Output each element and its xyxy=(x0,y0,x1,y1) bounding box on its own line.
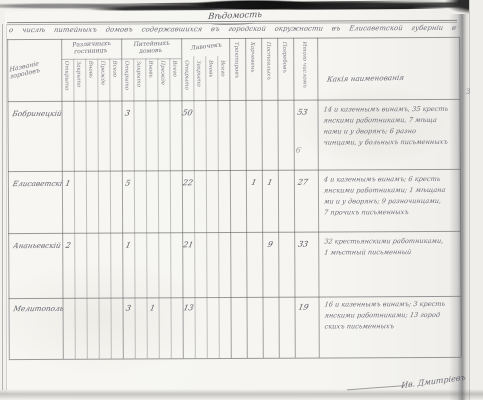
cell-value: 22 xyxy=(181,178,195,187)
grid-line-vertical xyxy=(217,56,220,358)
extra-column-header: Погребовъ xyxy=(281,42,287,98)
subcolumn-header: Вновь xyxy=(207,60,213,98)
row-note-line: скихъ письменныхъ xyxy=(324,322,459,331)
document-subtitle: о числѣ питейныхъ домовъ содержавшихся в… xyxy=(8,24,457,34)
paper-bottom-shadow xyxy=(0,389,483,400)
row-note-line: чинцами, у больныхъ письменныхъ xyxy=(323,138,458,147)
grid-line-vertical xyxy=(109,59,112,359)
row-note-line: 1 мѣстный письменный xyxy=(324,248,459,257)
row-note-line: нами и у дворянъ; 6 разно xyxy=(323,127,458,136)
row-name: Мелитопольскій xyxy=(13,304,65,313)
margin-page-mark: З xyxy=(466,88,470,96)
subcolumn-header: Всего xyxy=(111,61,117,99)
scanned-document-photo: Вѣдомость о числѣ питейныхъ домовъ содер… xyxy=(0,0,483,400)
grid-line-vertical xyxy=(7,39,10,359)
grid-line-vertical xyxy=(193,56,196,358)
next-page-sliver xyxy=(469,0,483,400)
grid-line-vertical xyxy=(293,38,296,358)
grid-line-vertical xyxy=(157,58,160,358)
cell-value: 50 xyxy=(181,108,195,117)
paper-sheet: Вѣдомость о числѣ питейныхъ домовъ содер… xyxy=(5,9,463,395)
row-name: Ананьевскій xyxy=(12,241,64,250)
subcolumn-header: Всего xyxy=(219,60,225,98)
grid-line-horizontal xyxy=(9,357,461,360)
subcolumn-header: Открыто xyxy=(123,61,129,99)
binding-edge xyxy=(2,24,7,390)
grid-line-vertical xyxy=(133,59,136,359)
grid-line-horizontal xyxy=(7,99,459,102)
cell-value: 21 xyxy=(181,240,195,249)
subcolumn-header: Всего xyxy=(171,60,177,98)
grid-line-vertical xyxy=(277,38,280,358)
cell-value: 5 xyxy=(121,179,135,188)
row-note-line: янскими работниками; 13 город xyxy=(324,311,459,320)
row-note-line: ми и у дворянъ; 9 разночинцами, xyxy=(323,197,458,206)
row-note-line: 7 прочихъ письменныхъ xyxy=(324,208,459,217)
row-total: 53 xyxy=(297,108,319,117)
row-note-line: 4 и казеннымъ винамъ; 6 кресть xyxy=(323,175,458,184)
cell-value: 1 xyxy=(261,178,279,187)
cell-value: 1 xyxy=(61,179,75,188)
row-note-line: 32 крестьянскими работниками, xyxy=(324,237,459,246)
cell-value: 13 xyxy=(182,303,196,312)
cell-value: 1 xyxy=(146,303,160,312)
notes-column-header: Какія наименованія xyxy=(326,72,456,84)
subcolumn-header: Закрыто xyxy=(135,60,141,98)
subcolumn-header: Открыто xyxy=(63,61,69,99)
grid-line-vertical xyxy=(73,59,76,359)
grid-line-vertical xyxy=(145,58,148,358)
grid-line-vertical xyxy=(245,38,248,358)
subcolumn-header: Закрыто xyxy=(195,60,201,98)
grid-line-horizontal xyxy=(8,231,460,234)
subcolumn-header: Прежде xyxy=(99,61,105,99)
grid-line-vertical xyxy=(169,58,172,358)
grid-line-horizontal xyxy=(9,296,461,299)
grid-line-vertical xyxy=(229,38,232,358)
group-header-shops: Лавочекъ xyxy=(183,41,230,53)
row-note-line: 14 и казеннымъ винамъ, 35 кресть xyxy=(323,105,458,114)
cell-value: 2 xyxy=(61,241,75,250)
cell-value: 9 xyxy=(261,240,279,249)
grid-line-vertical xyxy=(205,56,208,358)
subcolumn-header: Закрыто xyxy=(75,61,81,99)
grid-line-vertical xyxy=(85,59,88,359)
cell-value: 3 xyxy=(122,304,136,313)
group-header-shops-line1: Лавочекъ xyxy=(190,41,222,51)
subcolumn-header: Прежде xyxy=(159,60,165,98)
row-name: Елисаветскій xyxy=(12,179,64,188)
row-name: Бобринецкій xyxy=(12,109,64,118)
group-header-taverns-line2: домовъ xyxy=(139,47,163,55)
group-header-hotels-line2: гостиницъ xyxy=(74,47,108,55)
cell-value: 1 xyxy=(121,241,135,250)
row-total: 33 xyxy=(297,240,319,249)
row-total: 27 xyxy=(297,178,319,187)
extra-column-header: Постоялыхъ xyxy=(265,42,271,98)
subcolumn-header: Открыто xyxy=(183,60,189,98)
group-header-hotels: Различныхъ гостиницъ xyxy=(62,40,120,56)
subcolumn-header: Вновь xyxy=(147,60,153,98)
grid-line-horizontal xyxy=(8,169,460,172)
row-note-line: 16 и казеннымъ винамъ; 3 кресть xyxy=(324,300,459,309)
subcolumn-header: Вновь xyxy=(87,61,93,99)
total-column-header: Итого числомъ xyxy=(301,42,307,98)
name-column-header: Названіе городовъ xyxy=(9,55,61,80)
cell-value: 3 xyxy=(121,109,135,118)
grid-line-horizontal xyxy=(7,37,459,40)
group-header-taverns: Питейныхъ домовъ xyxy=(122,39,180,55)
ink-flourish: 6 xyxy=(294,145,302,155)
grid-line-vertical xyxy=(261,38,264,358)
row-note-line: янскими работниками; 1 мѣщана xyxy=(323,186,458,195)
extra-column-header: Харчевень xyxy=(249,42,255,98)
row-note-line: янскими работниками, 7 мѣща xyxy=(323,116,458,125)
row-total: 19 xyxy=(298,303,320,312)
grid-line-vertical xyxy=(97,59,100,359)
extra-column-header: Трактировъ xyxy=(233,42,239,98)
